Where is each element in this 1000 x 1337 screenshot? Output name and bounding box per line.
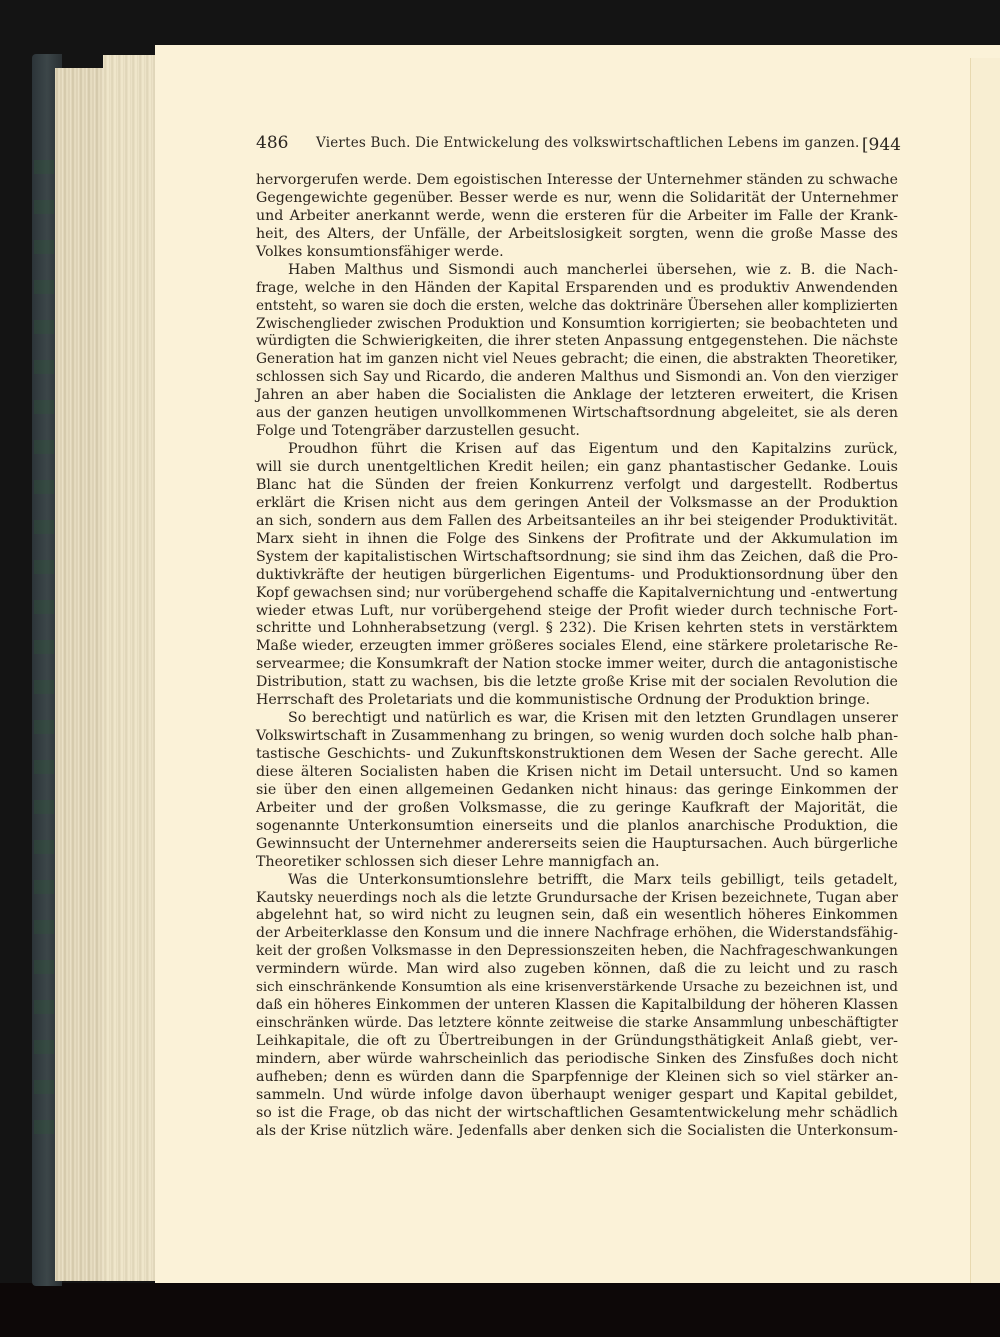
text-line: einschränkenwürde.Dasletzterekönntezeitw… — [256, 1015, 898, 1033]
text-line: HabenMalthusundSismondiauchmancherleiübe… — [256, 262, 898, 280]
text-line: Gegengewichtegegenüber.Besserwerdeesnur,… — [256, 190, 898, 208]
text-line: duktivkräftederheutigenbürgerlichenEigen… — [256, 567, 898, 585]
text-line: Herrschaft des Proletariats und die komm… — [256, 692, 898, 710]
text-line: soistdieFrage,obdasnichtderwirtschaftlic… — [256, 1105, 898, 1123]
text-line: JahrenanaberhabendieSocialistendieAnklag… — [256, 387, 898, 405]
body-text: hervorgerufenwerde.DemegoistischenIntere… — [256, 172, 898, 1141]
text-line: Theoretiker schlossen sich dieser Lehre … — [256, 854, 898, 872]
text-line: daßeinhöheresEinkommenderunterenKlassend… — [256, 997, 898, 1015]
text-line: alsderKrisenützlichwäre.Jedenfallsaberde… — [256, 1123, 898, 1141]
text-line: VolkswirtschaftinZusammenhangzubringen,s… — [256, 728, 898, 746]
running-header: 486 Viertes Buch. Die Entwickelung des v… — [256, 133, 901, 157]
text-line: BlanchatdieSündenderfreienKonkurrenzverf… — [256, 477, 898, 495]
text-line: vermindernwürde.Manwirdalsozugebenkönnen… — [256, 961, 898, 979]
text-line: entsteht,sowarensiedochdieersten,welched… — [256, 298, 898, 316]
text-line: wiederetwasLuft,nurvorübergehendsteigede… — [256, 603, 898, 621]
text-line: sieüberdeneinenallgemeinenGedankennichth… — [256, 782, 898, 800]
text-line: ZwischengliederzwischenProduktionundKons… — [256, 316, 898, 334]
text-line: sogenannteUnterkonsumtioneinerseitsunddi… — [256, 818, 898, 836]
text-line: undArbeiteranerkanntwerde,wenndieerstere… — [256, 208, 898, 226]
chapter-title: Viertes Buch. Die Entwickelung des volks… — [316, 135, 859, 151]
text-line: Volkes konsumtionsfähiger werde. — [256, 244, 898, 262]
text-line: tastischeGeschichts-undZukunftskonstrukt… — [256, 746, 898, 764]
text-line: abgelehnthat,sowirdnichtzuleugnensein,da… — [256, 907, 898, 925]
text-line: ausderganzenheutigenunvollkommenenWirtsc… — [256, 405, 898, 423]
text-line: Folge und Totengräber darzustellen gesuc… — [256, 423, 898, 441]
cover-marbling — [34, 160, 54, 1160]
text-line: willsiedurchunentgeltlichenKreditheilen;… — [256, 459, 898, 477]
text-line: ArbeiterunddergroßenVolksmasse,diezugeri… — [256, 800, 898, 818]
text-line: heit,desAlters,derUnfälle,derArbeitslosi… — [256, 226, 898, 244]
text-line: sicheinschränkendeKonsumtionalseinekrise… — [256, 979, 898, 997]
text-line: Soberechtigtundnatürlicheswar,dieKrisenm… — [256, 710, 898, 728]
backdrop — [0, 1283, 1000, 1337]
text-line: keitdergroßenVolksmasseindenDepressionsz… — [256, 943, 898, 961]
text-line: erklärtdieKrisennichtausdemgeringenAntei… — [256, 495, 898, 513]
text-line: schlossensichSayundRicardo,dieanderenMal… — [256, 369, 898, 387]
text-line: GewinnsuchtderUnternehmerandererseitssei… — [256, 836, 898, 854]
text-line: GenerationhatimganzennichtvielNeuesgebra… — [256, 351, 898, 369]
text-line: Maßewieder,erzeugtenimmergrößeressociale… — [256, 638, 898, 656]
text-line: Distribution,stattzuwachsen,bisdieletzte… — [256, 674, 898, 692]
text-line: KautskyneuerdingsnochalsdieletzteGrundur… — [256, 890, 898, 908]
section-number: [944 — [862, 135, 901, 155]
text-line: würdigtendieSchwierigkeiten,dieihrerstet… — [256, 333, 898, 351]
text-line: dieseälterenSocialistenhabendieKrisennic… — [256, 764, 898, 782]
text-line: ansich,sondernausdemFallendesArbeitsante… — [256, 513, 898, 531]
text-line: schritteundLohnherabsetzung(vergl.§232).… — [256, 620, 898, 638]
text-line: servearmee;dieKonsumkraftderNationstocke… — [256, 656, 898, 674]
text-line: mindern,aberwürdewahrscheinlichdasperiod… — [256, 1051, 898, 1069]
text-line: sammeln.Undwürdeinfolgedavonüberhauptwen… — [256, 1087, 898, 1105]
text-line: hervorgerufenwerde.DemegoistischenIntere… — [256, 172, 898, 190]
text-line: MarxsiehtinihnendieFolgedesSinkensderPro… — [256, 531, 898, 549]
text-line: WasdieUnterkonsumtionslehrebetrifft,dieM… — [256, 872, 898, 890]
text-line: frage,welcheindenHändenderKapitalErspare… — [256, 280, 898, 298]
page-number: 486 — [256, 133, 288, 153]
next-page-edge — [970, 58, 1000, 1283]
text-line: Leihkapitale,dieoftzuÜbertreibungeninder… — [256, 1033, 898, 1051]
page-stack-edges-inner — [103, 55, 155, 1281]
text-line: SystemderkapitalistischenWirtschaftsordn… — [256, 549, 898, 567]
text-line: Kopfgewachsensind;nurvorübergehendschaff… — [256, 585, 898, 603]
text-line: aufheben;denneswürdendanndieSparpfennige… — [256, 1069, 898, 1087]
text-line: derArbeiterklassedenKonsumunddieinnereNa… — [256, 925, 898, 943]
text-line: ProudhonführtdieKrisenaufdasEigentumundd… — [256, 441, 898, 459]
